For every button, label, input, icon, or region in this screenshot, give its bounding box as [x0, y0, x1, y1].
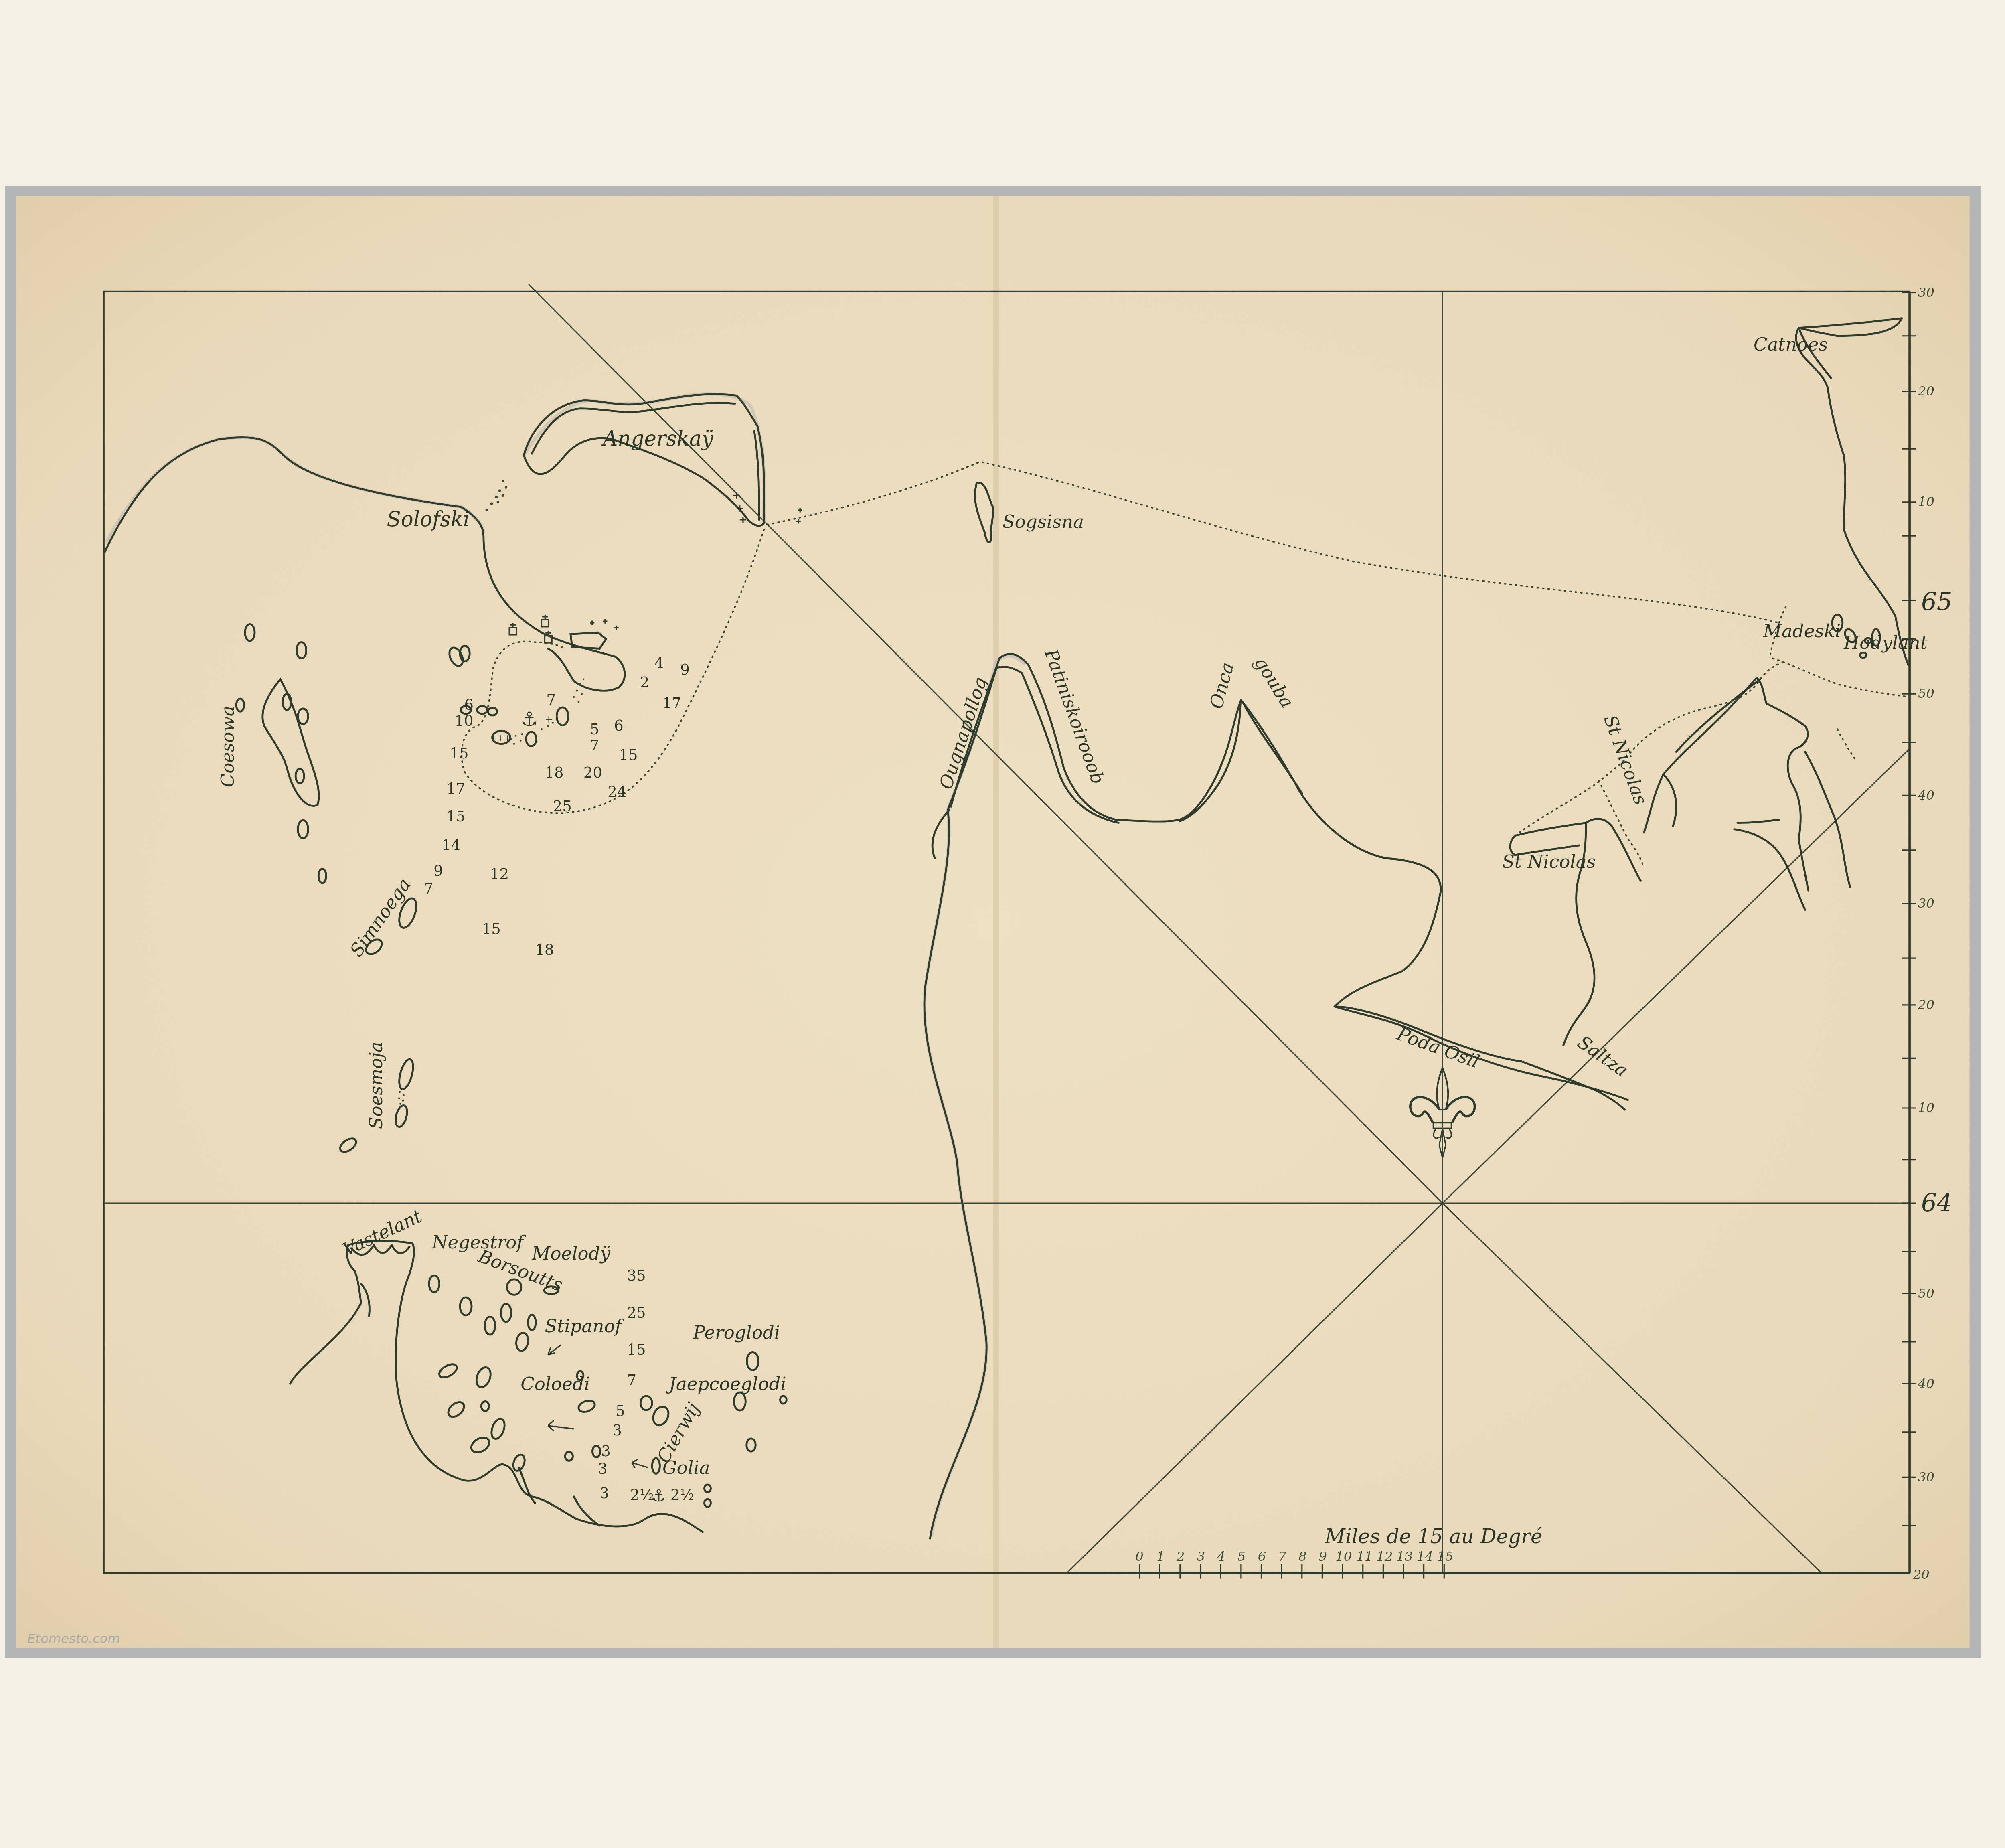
scale-title: Miles de 15 au Degré	[1325, 1525, 1543, 1548]
map-viewer[interactable]: 30 20 10 50 40 30 20 10 50 40 30 20 65 6…	[0, 0, 2005, 1848]
depth-sounding: 3	[601, 1443, 611, 1460]
tick-label: 20	[1918, 383, 1934, 399]
scale-tick-label: 9	[1319, 1549, 1327, 1564]
scale-tick-label: 13	[1396, 1549, 1413, 1564]
scale-tick-label: 7	[1278, 1549, 1286, 1564]
scale-tick-label: 3	[1197, 1549, 1205, 1564]
tick-label: 50	[1918, 686, 1934, 701]
nautical-chart[interactable]: 30 20 10 50 40 30 20 10 50 40 30 20 65 6…	[0, 0, 2005, 1848]
scale-tick-label: 5	[1237, 1549, 1246, 1564]
scale-tick-label: 10	[1335, 1549, 1352, 1564]
depth-sounding: 2½	[670, 1486, 694, 1504]
watermark: Etomesto.com	[27, 1631, 120, 1646]
depth-sounding: 17	[662, 695, 681, 712]
depth-sounding: 5	[616, 1402, 625, 1420]
depth-sounding: 7	[590, 737, 599, 754]
depth-sounding: 35	[627, 1267, 646, 1284]
label-stipanof: Stipanof	[545, 1315, 625, 1337]
tick-label: 20	[1913, 1567, 1930, 1582]
depth-sounding: 15	[450, 745, 468, 762]
label-coesowa: Coesowa	[217, 705, 238, 787]
depth-sounding: 7	[627, 1372, 637, 1389]
depth-sounding: 20	[583, 764, 602, 781]
depth-sounding: 12	[490, 865, 509, 883]
scale-tick-label: 1	[1156, 1549, 1165, 1564]
depth-sounding: 4	[654, 654, 664, 672]
scale-tick-label: 14	[1417, 1549, 1433, 1564]
anchor-icon: ⚓	[520, 708, 538, 731]
depth-sounding: 9	[680, 661, 690, 678]
scale-tick-label: 4	[1217, 1549, 1225, 1564]
tick-label: 40	[1918, 1376, 1934, 1391]
label-catnoes: Catnoes	[1754, 334, 1828, 355]
depth-sounding: 6	[614, 717, 624, 734]
depth-sounding: 3	[612, 1422, 622, 1439]
depth-sounding: 2	[640, 674, 650, 691]
depth-sounding: 5	[590, 721, 599, 738]
tick-label: 10	[1918, 1100, 1934, 1115]
depth-sounding: 15	[619, 746, 638, 764]
depth-sounding: 15	[446, 808, 465, 825]
depth-sounding: 18	[545, 764, 564, 781]
label-golia: Golia	[662, 1457, 710, 1478]
depth-sounding: 18	[535, 941, 554, 958]
depth-sounding: 14	[442, 837, 460, 854]
scale-tick-label: 6	[1258, 1549, 1266, 1564]
label-jaepcoeglodi: Jaepcoeglodi	[666, 1373, 786, 1394]
paper-texture	[16, 196, 1969, 1648]
label-coloedi: Coloedi	[520, 1373, 590, 1394]
depth-sounding: 15	[627, 1341, 646, 1358]
label-negestrof: Negestrof	[431, 1232, 526, 1253]
tick-label: 20	[1918, 997, 1934, 1012]
depth-sounding: 25	[627, 1304, 646, 1321]
tick-label: 50	[1918, 1286, 1934, 1301]
scale-tick-label: 15	[1437, 1549, 1454, 1564]
tick-label: 40	[1918, 788, 1934, 803]
depth-sounding: 3	[599, 1485, 609, 1502]
latitude-label-64: 64	[1921, 1189, 1952, 1217]
depth-sounding: 6	[464, 696, 474, 713]
tick-label: 10	[1918, 494, 1934, 509]
label-peroglodi: Peroglodi	[693, 1322, 780, 1343]
tick-label: 30	[1918, 896, 1934, 911]
depth-sounding: 24	[608, 783, 626, 800]
label-madeski: Madeski	[1763, 620, 1841, 642]
label-hodylant: Hodylant	[1843, 632, 1928, 653]
depth-sounding: 7	[424, 880, 433, 897]
scale-tick-label: 8	[1298, 1549, 1306, 1564]
tick-label: 30	[1918, 285, 1934, 300]
depth-sounding: 9	[433, 862, 443, 879]
depth-sounding: 25	[553, 798, 572, 815]
scale-tick-label: 2	[1176, 1549, 1185, 1564]
scale-tick-label: 0	[1135, 1549, 1143, 1564]
depth-sounding: 15	[482, 920, 501, 938]
depth-sounding: 10	[454, 712, 473, 729]
depth-sounding: 2½	[630, 1486, 654, 1504]
depth-sounding: 7	[547, 691, 556, 709]
label-st-nicolas: St Nicolas	[1502, 851, 1596, 872]
depth-sounding: 3	[598, 1460, 608, 1477]
latitude-label-65: 65	[1921, 588, 1952, 616]
scale-tick-label: 11	[1357, 1549, 1373, 1564]
tick-label: 30	[1918, 1469, 1934, 1485]
label-angerskay: Angerskaÿ	[601, 427, 713, 451]
scale-tick-label: 12	[1376, 1549, 1393, 1564]
svg-text:+: +	[545, 714, 553, 725]
label-soesmoja: Soesmoja	[365, 1042, 387, 1129]
depth-sounding: 17	[446, 780, 465, 797]
label-sogsisna: Sogsisna	[1003, 511, 1084, 532]
svg-text:+++: +++	[490, 733, 511, 743]
label-solofski: Solofski	[387, 507, 470, 531]
label-moelody: Moelodÿ	[531, 1243, 610, 1264]
